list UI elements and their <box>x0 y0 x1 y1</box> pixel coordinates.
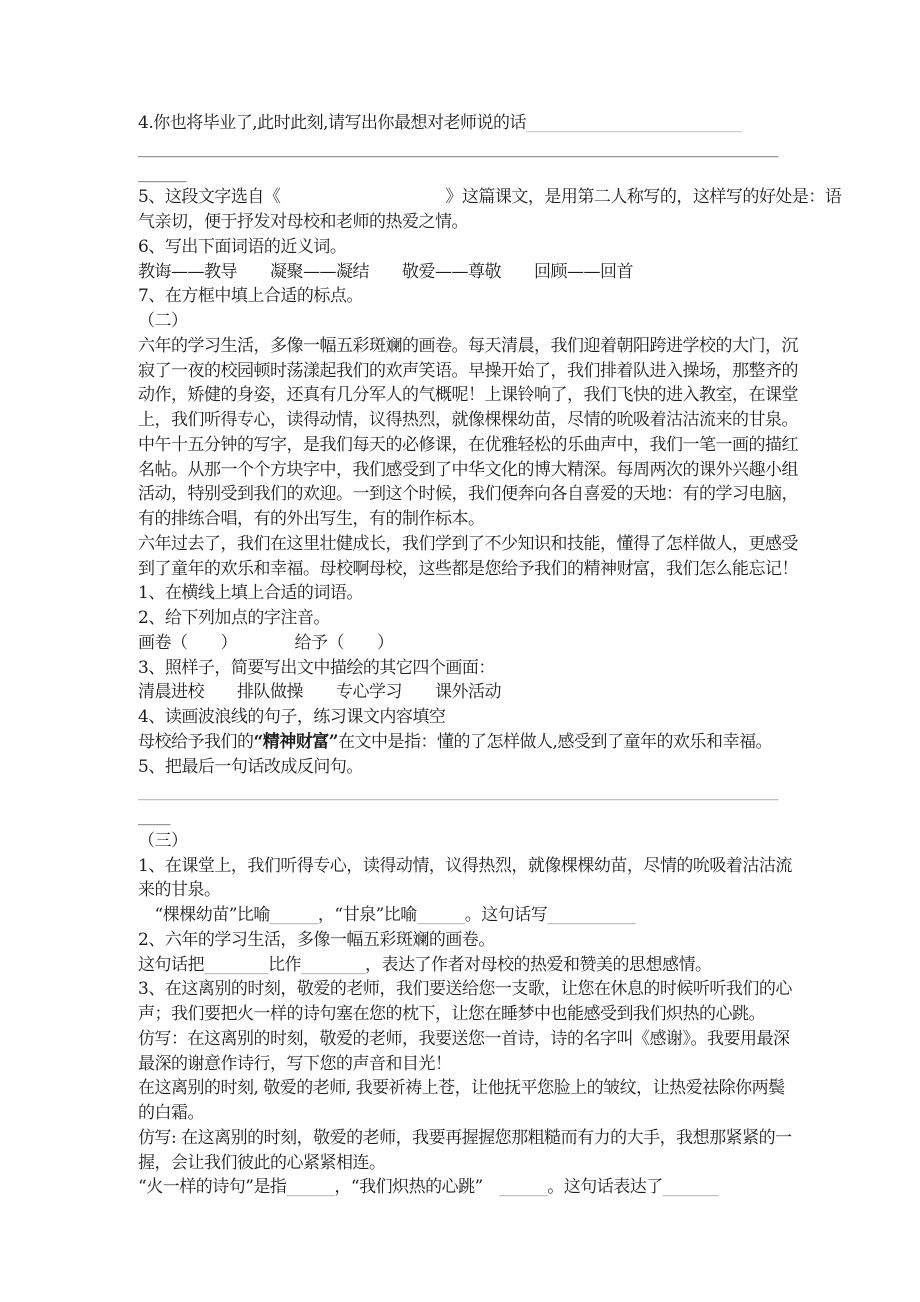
text-segment: 1、在课堂上，我们听得专心，读得动情，议得热烈，就像棵棵幼苗，尽情的吮吸着沽沽流 <box>138 856 792 876</box>
sec3-question-1: 1、在课堂上，我们听得专心，读得动情，议得热烈，就像棵棵幼苗，尽情的吮吸着沽沽流 <box>138 854 792 879</box>
text-segment: 7、在方框中填上合适的标点。 <box>138 286 363 306</box>
answer-blank-line-short: ______ <box>138 161 792 186</box>
blank-underline: ________________________________________… <box>138 138 778 158</box>
sec3-example-2: 在这离别的时刻, 敬爱的老师, 我要祈祷上苍，让他抚平您脸上的皱纹，让热爱祛除你… <box>138 1076 792 1101</box>
text-segment: 活动，特别受到我们的欢迎。一到这个时候，我们便奔向各自喜爱的天地：有的学习电脑， <box>138 484 798 504</box>
text-segment: “棵棵幼苗”比喻 <box>138 905 270 925</box>
blank-underline: ______ <box>417 905 465 925</box>
sec3-final-blanks: “火一样的诗句”是指______，“我们炽热的心跳” ______。这句话表达了… <box>138 1175 792 1200</box>
sec2-question-2-items: 画卷（ ） 给予（ ） <box>138 631 792 656</box>
text-segment: （二） <box>138 311 188 331</box>
sec2-question-1: 1、在横线上填上合适的词语。 <box>138 581 792 606</box>
text-segment: 3、照样子，简要写出文中描绘的其它四个画面： <box>138 658 495 678</box>
blank-underline: ______ <box>286 1177 334 1197</box>
question-6-answers: 教诲——教导 凝聚——凝结 敬爱——尊敬 回顾——回首 <box>138 260 792 285</box>
document-text-body: 4.你也将毕业了,此时此刻,请写出你最想对老师说的话______________… <box>138 111 792 1200</box>
passage-line: 中午十五分钟的写字，是我们每天的必修课，在优雅轻松的乐曲声中，我们一笔一画的描红 <box>138 433 792 458</box>
sec3-question-1-cont: 来的甘泉。 <box>138 878 792 903</box>
blank-underline: ______ <box>270 905 318 925</box>
sec3-imitation-1: 仿写：在这离别的时刻，敬爱的老师，我要送您一首诗，诗的名字叫《感谢》。我要用最深 <box>138 1027 792 1052</box>
text-segment: ，表达了作者对母校的热爱和赞美的思想感情。 <box>365 955 712 975</box>
passage-line: 上，我们听得专心，读得动情，议得热烈，就像棵棵幼苗，尽情的吮吸着沽沽流来的甘泉。 <box>138 408 792 433</box>
blank-underline: ___________ <box>547 905 635 925</box>
sec3-example-2-cont: 的白霜。 <box>138 1101 792 1126</box>
text-segment: ，“我们炽热的心跳” <box>334 1177 499 1197</box>
text-segment: 六年的学习生活，多像一幅五彩斑斓的画卷。每天清晨，我们迎着朝阳跨进学校的大门，沉 <box>138 336 798 356</box>
text-segment: 到了童年的欢乐和幸福。母校啊母校，这些都是您给予我们的精神财富，我们怎么能忘记！ <box>138 559 798 579</box>
blank-underline: ______ <box>138 163 186 183</box>
passage-line: 六年过去了，我们在这里壮健成长，我们学到了不少知识和技能，懂得了怎样做人，更感受 <box>138 532 792 557</box>
passage-line: 到了童年的欢乐和幸福。母校啊母校，这些都是您给予我们的精神财富，我们怎么能忘记！ <box>138 557 792 582</box>
text-segment: 母校给予我们的 <box>138 732 254 752</box>
text-segment: 画卷（ ） 给予（ ） <box>138 633 394 653</box>
blank-underline: ____ <box>138 806 170 826</box>
sec3-question-2-blanks: 这句话把________比作________，表达了作者对母校的热爱和赞美的思想… <box>138 953 792 978</box>
text-segment: 寂了一夜的校园顿时荡漾起我们的欢声笑语。早操开始了，我们排着队进入操场，那整齐的 <box>138 361 798 381</box>
question-5-prompt-cont: 气亲切，便于抒发对母校和老师的热爱之情。 <box>138 210 792 235</box>
text-segment: 清晨进校 排队做操 专心学习 课外活动 <box>138 682 501 702</box>
passage-line: 六年的学习生活，多像一幅五彩斑斓的画卷。每天清晨，我们迎着朝阳跨进学校的大门，沉 <box>138 334 792 359</box>
text-segment: 最深的谢意作诗行，写下您的声音和目光！ <box>138 1054 452 1074</box>
sec2-question-4: 4、读画波浪线的句子，练习课文内容填空 <box>138 705 792 730</box>
question-4-prompt: 4.你也将毕业了,此时此刻,请写出你最想对老师说的话______________… <box>138 111 792 136</box>
sec3-question-1-blanks: “棵棵幼苗”比喻______，“甘泉”比喻______。这句话写________… <box>138 903 792 928</box>
text-segment: 仿写: 在这离别的时刻，敬爱的老师，我要再握握您那粗糙而有力的大手，我想那紧紧的… <box>138 1128 792 1148</box>
answer-blank-line-full: ________________________________________… <box>138 779 792 804</box>
sec3-imitation-1-cont: 最深的谢意作诗行，写下您的声音和目光！ <box>138 1052 792 1077</box>
text-segment: 来的甘泉。 <box>138 880 221 900</box>
text-segment: “火一样的诗句”是指 <box>138 1177 286 1197</box>
blank-underline: ________ <box>301 955 365 975</box>
text-segment: 1、在横线上填上合适的词语。 <box>138 583 363 603</box>
text-segment: 六年过去了，我们在这里壮健成长，我们学到了不少知识和技能，懂得了怎样做人，更感受 <box>138 534 798 554</box>
text-segment: 。这句话表达了 <box>547 1177 663 1197</box>
sec3-question-3-cont: 声；我们要把火一样的诗句塞在您的枕下，让您在睡梦中也能感受到我们炽热的心跳。 <box>138 1002 792 1027</box>
text-segment: 3、在这离别的时刻，敬爱的老师，我们要送给您一支歌，让您在休息的时候听听我们的心 <box>138 979 792 999</box>
text-segment: 在这离别的时刻, 敬爱的老师, 我要祈祷上苍，让他抚平您脸上的皱纹，让热爱祛除你… <box>138 1078 785 1098</box>
document-page: 4.你也将毕业了,此时此刻,请写出你最想对老师说的话______________… <box>0 0 920 1302</box>
text-segment: 声；我们要把火一样的诗句塞在您的枕下，让您在睡梦中也能感受到我们炽热的心跳。 <box>138 1004 765 1024</box>
passage-line: 活动，特别受到我们的欢迎。一到这个时候，我们便奔向各自喜爱的天地：有的学习电脑， <box>138 482 792 507</box>
text-segment: 在文中是指：懂的了怎样做人,感受到了童年的欢乐和幸福。 <box>338 732 772 752</box>
blank-underline: ________________________________________… <box>138 781 778 801</box>
text-segment: 有的排练合唱，有的外出写生，有的制作标本。 <box>138 509 485 529</box>
sec2-question-2: 2、给下列加点的字注音。 <box>138 606 792 631</box>
text-segment: 4.你也将毕业了,此时此刻,请写出你最想对老师说的话 <box>138 113 526 133</box>
sec3-imitation-2-cont: 握，会让我们彼此的心紧紧相连。 <box>138 1151 792 1176</box>
question-6-prompt: 6、写出下面词语的近义词。 <box>138 235 792 260</box>
blank-underline: ______ <box>499 1177 547 1197</box>
text-segment: 5、这段文字选自《 》这篇课文，是用第二人称写的，这样写的好处是：语 <box>138 187 841 207</box>
text-segment: 的白霜。 <box>138 1103 204 1123</box>
blank-underline: _______ <box>663 1177 719 1197</box>
text-segment: 握，会让我们彼此的心紧紧相连。 <box>138 1153 386 1173</box>
sec3-question-2: 2、六年的学习生活，多像一幅五彩斑斓的画卷。 <box>138 928 792 953</box>
sec2-question-4-answer: 母校给予我们的“精神财富”在文中是指：懂的了怎样做人,感受到了童年的欢乐和幸福。 <box>138 730 792 755</box>
text-segment: 动作，矫健的身姿，还真有几分军人的气概呢！上课铃响了，我们飞快的进入教室，在课堂 <box>138 385 798 405</box>
sec2-question-3-items: 清晨进校 排队做操 专心学习 课外活动 <box>138 680 792 705</box>
text-segment: 6、写出下面词语的近义词。 <box>138 237 346 257</box>
answer-blank-line-short: ____ <box>138 804 792 829</box>
text-segment: 2、六年的学习生活，多像一幅五彩斑斓的画卷。 <box>138 930 495 950</box>
question-5-prompt: 5、这段文字选自《 》这篇课文，是用第二人称写的，这样写的好处是：语 <box>138 185 792 210</box>
sec3-question-3: 3、在这离别的时刻，敬爱的老师，我们要送给您一支歌，让您在休息的时候听听我们的心 <box>138 977 792 1002</box>
passage-line: 名帖。从那一个个方块字中，我们感受到了中华文化的博大精深。每周两次的课外兴趣小组 <box>138 458 792 483</box>
text-segment: 这句话把 <box>138 955 204 975</box>
text-segment: 气亲切，便于抒发对母校和老师的热爱之情。 <box>138 212 468 232</box>
sec2-question-5: 5、把最后一句话改成反问句。 <box>138 755 792 780</box>
blank-underline: ___________________________ <box>526 113 742 133</box>
answer-blank-line-full: ________________________________________… <box>138 136 792 161</box>
blank-underline: ________ <box>204 955 268 975</box>
text-segment: 中午十五分钟的写字，是我们每天的必修课，在优雅轻松的乐曲声中，我们一笔一画的描红 <box>138 435 798 455</box>
sec3-imitation-2: 仿写: 在这离别的时刻，敬爱的老师，我要再握握您那粗糙而有力的大手，我想那紧紧的… <box>138 1126 792 1151</box>
text-segment: 5、把最后一句话改成反问句。 <box>138 757 363 777</box>
text-segment: ，“甘泉”比喻 <box>318 905 417 925</box>
text-segment: （三） <box>138 831 188 851</box>
text-segment: 上，我们听得专心，读得动情，议得热烈，就像棵棵幼苗，尽情的吮吸着沽沽流来的甘泉。 <box>138 410 798 430</box>
text-segment: 名帖。从那一个个方块字中，我们感受到了中华文化的博大精深。每周两次的课外兴趣小组 <box>138 460 798 480</box>
text-segment: 仿写：在这离别的时刻，敬爱的老师，我要送您一首诗，诗的名字叫《感谢》。我要用最深 <box>138 1029 790 1049</box>
passage-line: 寂了一夜的校园顿时荡漾起我们的欢声笑语。早操开始了，我们排着队进入操场，那整齐的 <box>138 359 792 384</box>
passage-line: 有的排练合唱，有的外出写生，有的制作标本。 <box>138 507 792 532</box>
text-segment: “精神财富” <box>254 732 339 752</box>
section-3-heading: （三） <box>138 829 792 854</box>
passage-line: 动作，矫健的身姿，还真有几分军人的气概呢！上课铃响了，我们飞快的进入教室，在课堂 <box>138 383 792 408</box>
text-segment: 4、读画波浪线的句子，练习课文内容填空 <box>138 707 445 727</box>
sec2-question-3: 3、照样子，简要写出文中描绘的其它四个画面： <box>138 656 792 681</box>
question-7-prompt: 7、在方框中填上合适的标点。 <box>138 284 792 309</box>
text-segment: 。这句话写 <box>465 905 548 925</box>
text-segment: 教诲——教导 凝聚——凝结 敬爱——尊敬 回顾——回首 <box>138 262 633 282</box>
text-segment: 2、给下列加点的字注音。 <box>138 608 330 628</box>
text-segment: 比作 <box>268 955 301 975</box>
section-2-heading: （二） <box>138 309 792 334</box>
